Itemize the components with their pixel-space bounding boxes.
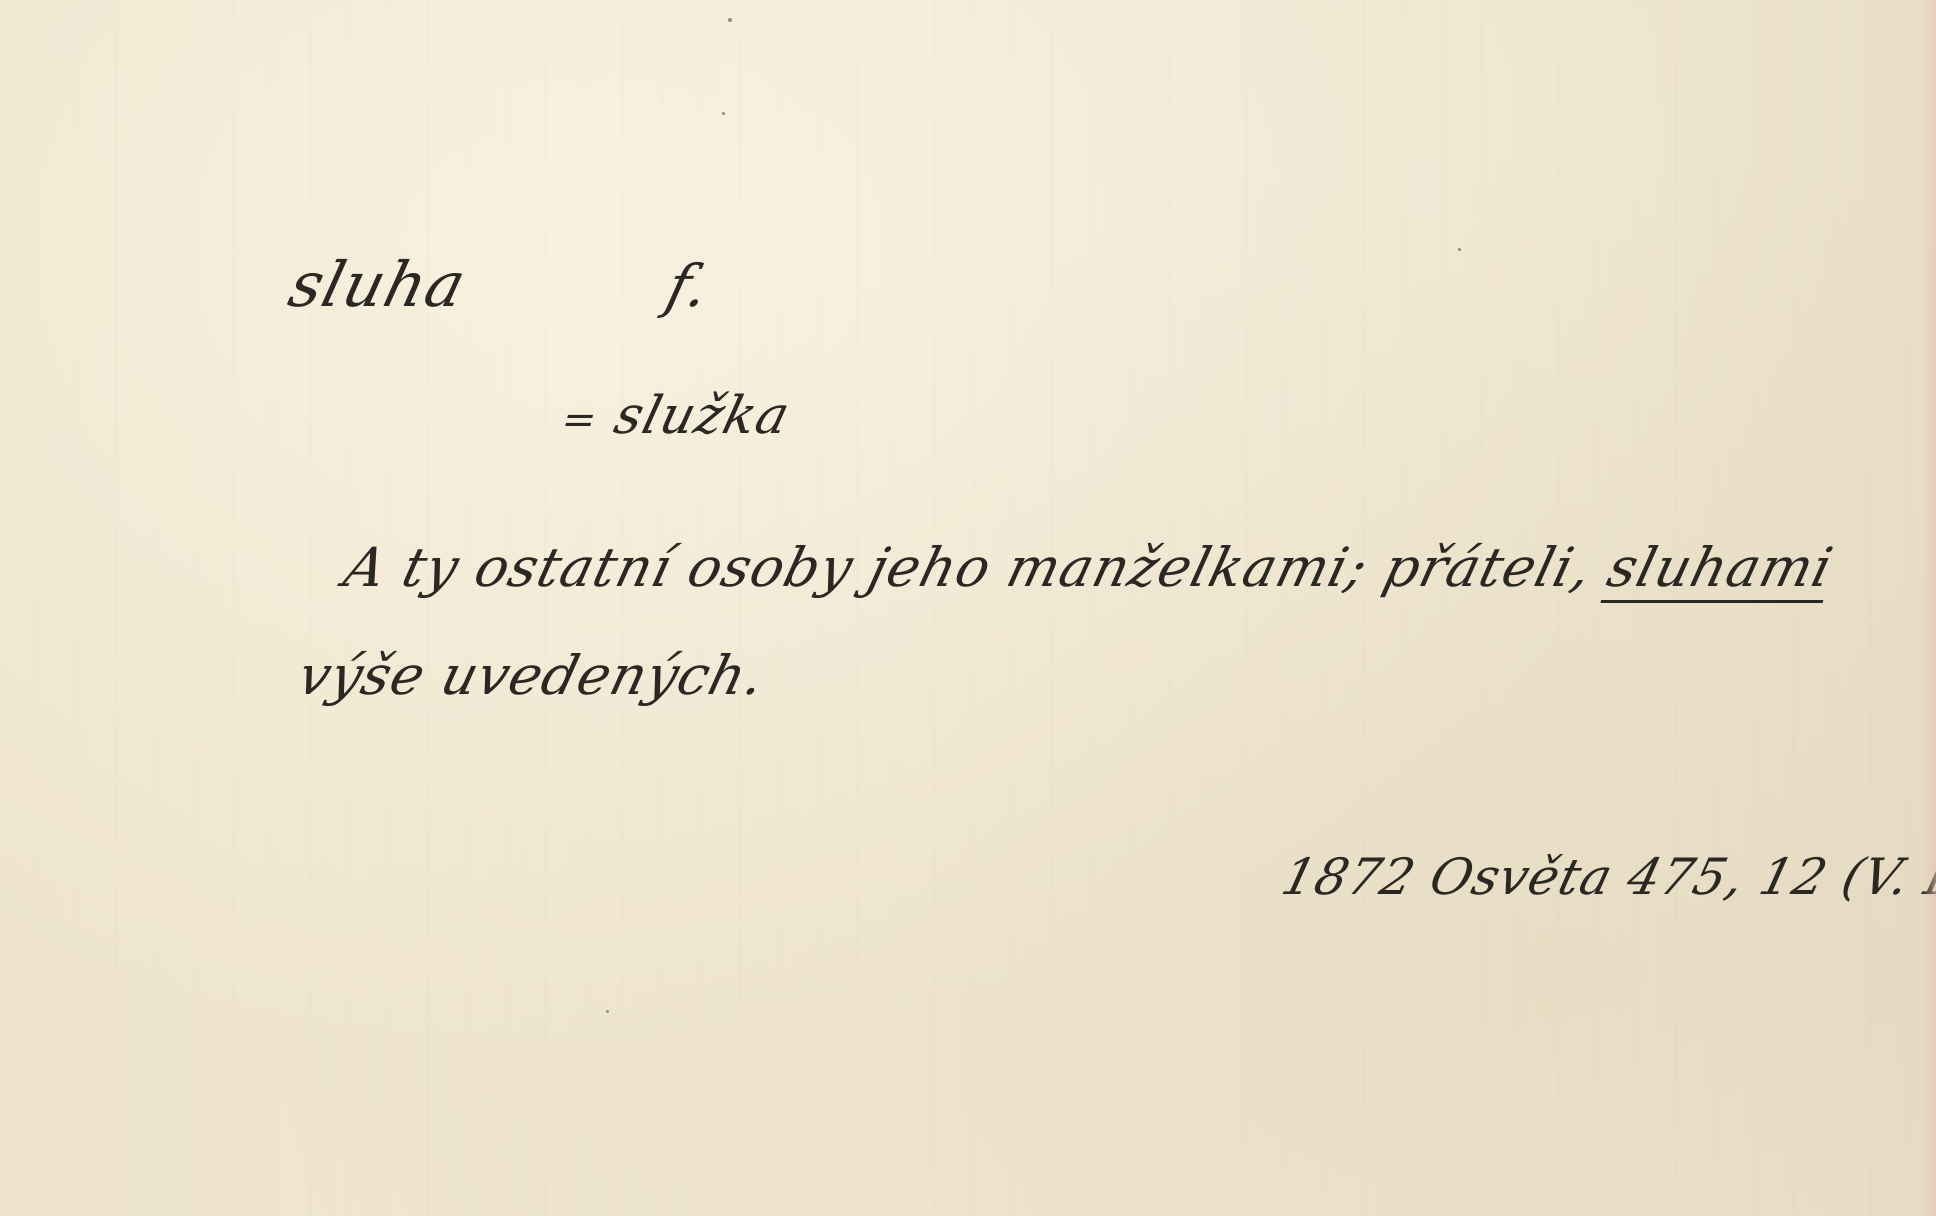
equals-sign: = xyxy=(557,397,603,443)
source-citation: 1872 Osvěta 475, 12 (V. Řada) xyxy=(1276,848,1936,906)
dictionary-index-card: sluha f. =služka A ty ostatní osoby jeho… xyxy=(0,0,1936,1216)
paper-speck xyxy=(728,18,732,22)
example-highlighted-word: sluhami xyxy=(1601,536,1839,599)
headword: sluha xyxy=(282,248,474,321)
example-sentence-line-2: výše uvedených. xyxy=(292,644,772,707)
example-sentence-line-1: A ty ostatní osoby jeho manželkami; přát… xyxy=(338,536,1839,599)
paper-speck xyxy=(606,1010,609,1013)
paper-speck xyxy=(722,112,725,115)
paper-speck xyxy=(1458,248,1461,251)
equivalent-word: služka xyxy=(609,386,797,446)
equivalent-definition: =služka xyxy=(556,386,796,446)
grammatical-gender: f. xyxy=(660,252,717,320)
example-text: A ty ostatní osoby jeho manželkami; přát… xyxy=(338,536,1617,599)
